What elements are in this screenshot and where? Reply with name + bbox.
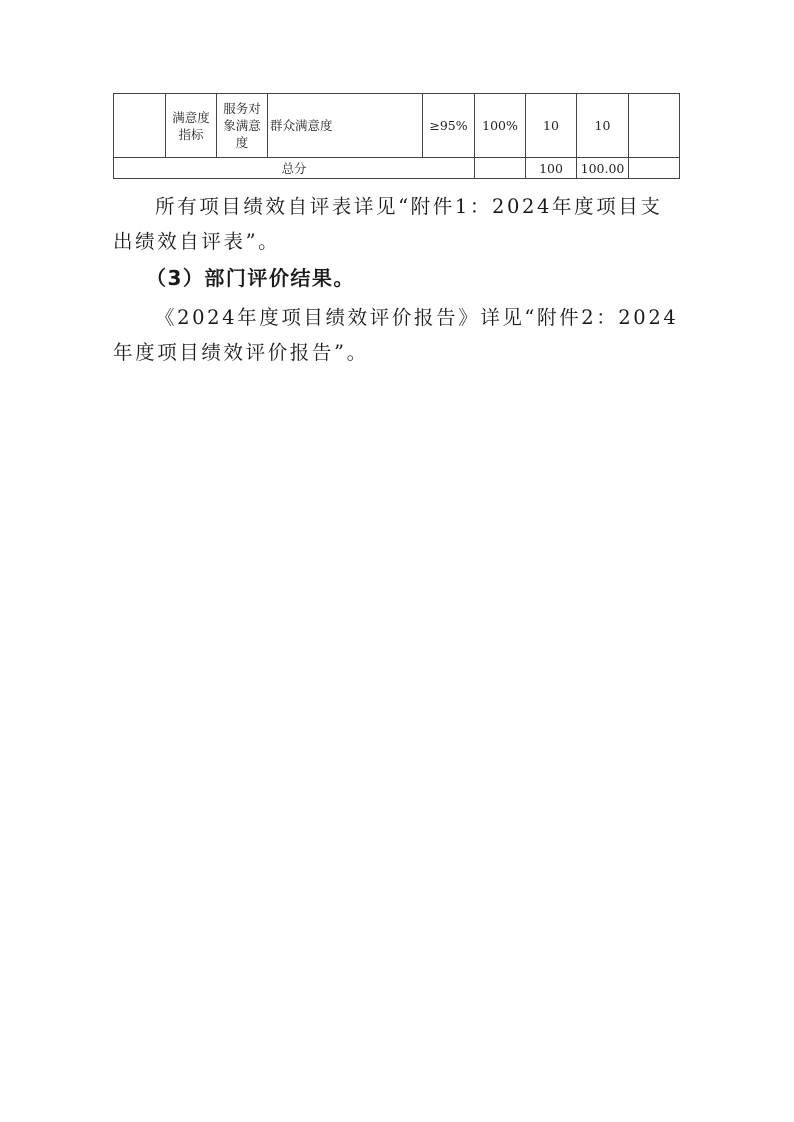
table-cell-total-score: 100.00 xyxy=(577,158,629,179)
table-cell-total-blank xyxy=(475,158,526,179)
table-cell-level3-indicator: 群众满意度 xyxy=(268,94,423,158)
table-row-total: 总分 100 100.00 xyxy=(114,158,680,179)
paragraph-evaluation-report: 《2024年度项目绩效评价报告》详见“附件2：2024年度项目绩效评价报告”。 xyxy=(113,301,683,370)
section-heading: （3）部门评价结果。 xyxy=(146,262,355,291)
table-cell-level1-indicator: 满意度指标 xyxy=(166,94,217,158)
table-cell-actual-value: 100% xyxy=(475,94,526,158)
table-cell-total-label: 总分 xyxy=(114,158,475,179)
table-cell-weight: 10 xyxy=(526,94,577,158)
table-cell-level2-indicator: 服务对象满意度 xyxy=(217,94,268,158)
paragraph-text: 《2024年度项目绩效评价报告》详见“附件2：2024年度项目绩效评价报告”。 xyxy=(113,306,678,364)
table-cell-total-weight: 100 xyxy=(526,158,577,179)
performance-table: 满意度指标 服务对象满意度 群众满意度 ≥95% 100% 10 10 总分 1… xyxy=(113,93,680,179)
paragraph-text: 所有项目绩效自评表详见“附件1：2024年度项目支出绩效自评表”。 xyxy=(113,195,663,253)
table-cell-remark xyxy=(629,94,680,158)
paragraph-self-evaluation: 所有项目绩效自评表详见“附件1：2024年度项目支出绩效自评表”。 xyxy=(113,190,683,259)
table-cell-target-value: ≥95% xyxy=(423,94,475,158)
table-cell-category xyxy=(114,94,166,158)
table-cell-total-remark xyxy=(629,158,680,179)
table-cell-score: 10 xyxy=(577,94,629,158)
table-row: 满意度指标 服务对象满意度 群众满意度 ≥95% 100% 10 10 xyxy=(114,94,680,158)
